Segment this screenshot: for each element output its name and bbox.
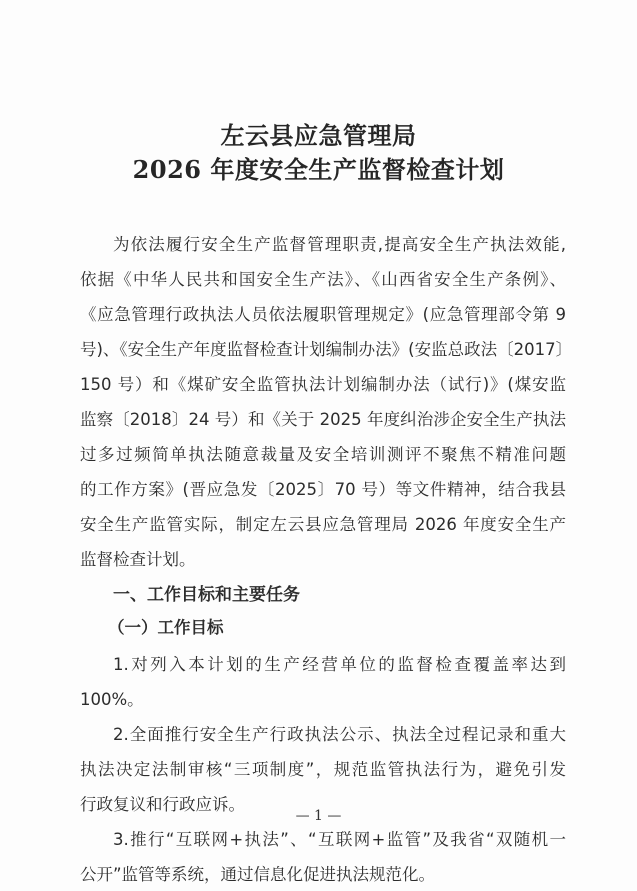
goal-line: 执法决定法制审核“三项制度”，规范监管执法行为，避免引发 xyxy=(80,759,566,781)
intro-line: 的工作方案》(晋应急发〔2025〕70 号）等文件精神，结合我县 xyxy=(80,479,566,501)
document-title-plan: 2026 年度安全生产监督检查计划 xyxy=(0,150,637,185)
intro-line: 号)、《安全生产年度监督检查计划编制办法》(安监总政法〔2017〕 xyxy=(80,339,566,361)
intro-line: 为依法履行安全生产监督管理职责,提高安全生产执法效能, xyxy=(113,234,566,256)
goal-line: 100%。 xyxy=(80,689,566,711)
intro-line: 150 号）和《煤矿安全监管执法计划编制办法（试行)》(煤安监 xyxy=(80,374,566,396)
intro-line: 监察〔2018〕24 号）和《关于 2025 年度纠治涉企安全生产执法 xyxy=(80,409,566,431)
subsection-heading: （一）工作目标 xyxy=(108,617,561,639)
intro-line: 安全生产监管实际，制定左云县应急管理局 2026 年度安全生产 xyxy=(80,514,566,536)
goal-line: 2.全面推行安全生产行政执法公示、执法全过程记录和重大 xyxy=(113,724,566,746)
goal-line: 公开”监管等系统，通过信息化促进执法规范化。 xyxy=(80,864,566,886)
document-page: 左云县应急管理局 2026 年度安全生产监督检查计划 为依法履行安全生产监督管理… xyxy=(0,0,637,891)
document-title-org: 左云县应急管理局 xyxy=(0,116,637,151)
intro-line: 过多过频简单执法随意裁量及安全培训测评不聚焦不精准问题 xyxy=(80,444,566,466)
intro-line: 《应急管理行政执法人员依法履职管理规定》(应急管理部令第 9 xyxy=(80,304,566,326)
intro-line: 监督检查计划。 xyxy=(80,549,566,571)
intro-line: 依据《中华人民共和国安全生产法》、《山西省安全生产条例》、 xyxy=(80,269,566,291)
goal-line: 1.对列入本计划的生产经营单位的监督检查覆盖率达到 xyxy=(113,654,566,676)
page-number: — 1 — xyxy=(0,808,637,824)
section-heading: 一、工作目标和主要任务 xyxy=(113,584,566,606)
goal-line: 3.推行“互联网+执法”、“互联网+监管”及我省“双随机一 xyxy=(113,829,566,851)
